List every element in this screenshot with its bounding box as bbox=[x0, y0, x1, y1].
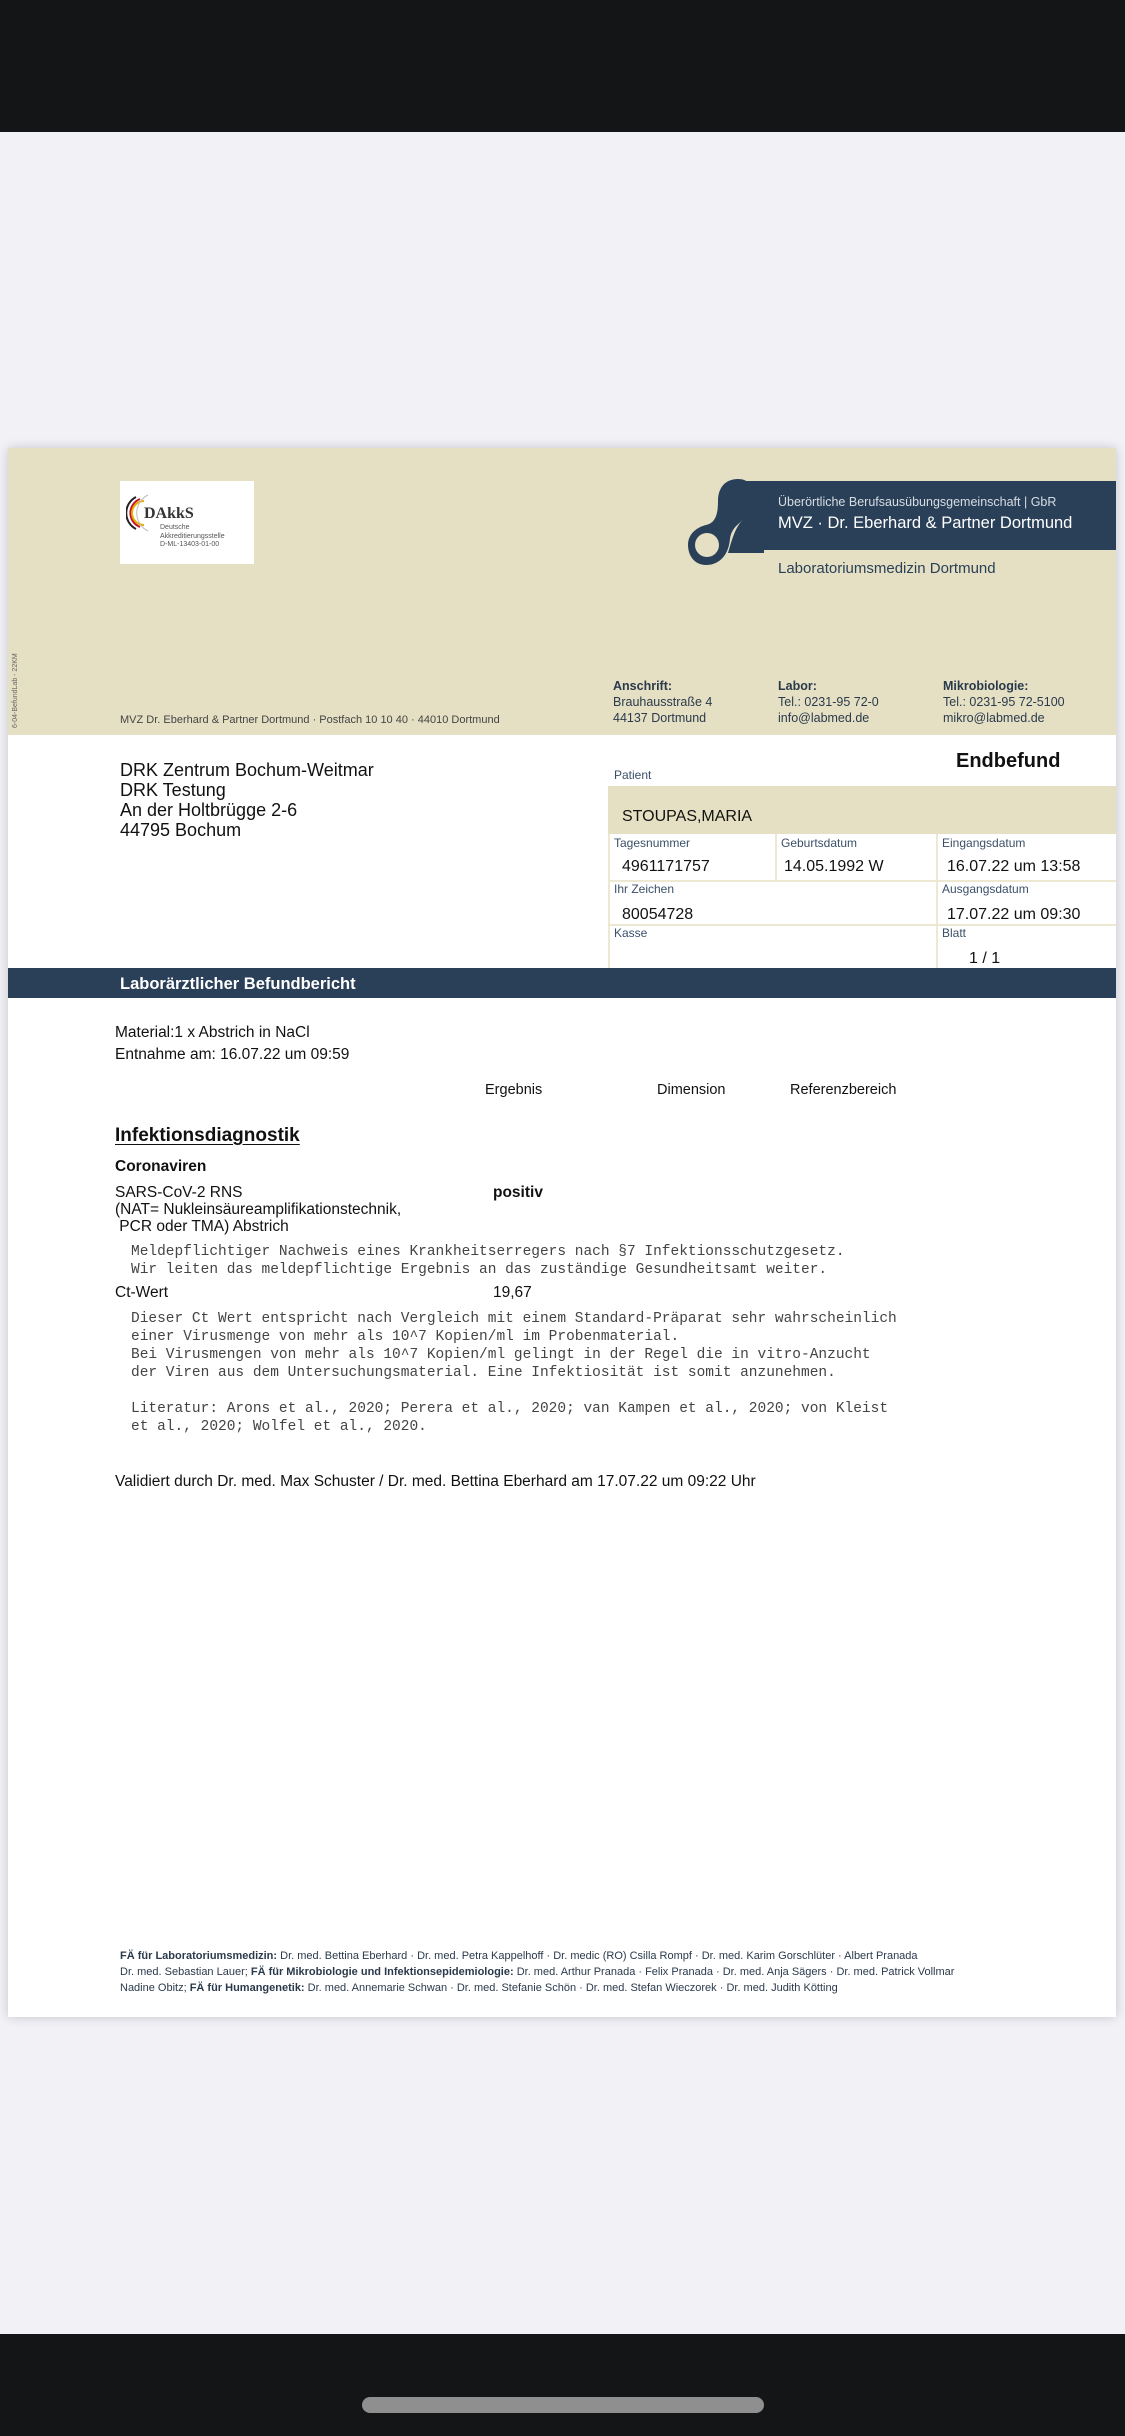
lab-email-link[interactable]: info@labmed.de bbox=[778, 710, 879, 726]
col-referenzbereich: Referenzbereich bbox=[790, 1082, 896, 1098]
form-code: 6-04-BefundLab - 22KM bbox=[12, 628, 19, 728]
dakks-subtitle: Deutsche Akkreditierungsstelle D-ML-1340… bbox=[160, 524, 225, 550]
category-title: Infektionsdiagnostik bbox=[115, 1125, 300, 1147]
tagesnummer-label: Tagesnummer bbox=[614, 836, 690, 850]
material: Material:1 x Abstrich in NaCl bbox=[115, 1022, 349, 1044]
patient-label: Patient bbox=[614, 768, 651, 782]
contact-lab: Labor: Tel.: 0231-95 72-0 info@labmed.de bbox=[778, 678, 879, 726]
sample-info: Material:1 x Abstrich in NaCl Entnahme a… bbox=[115, 1022, 349, 1066]
blatt-value: 1 / 1 bbox=[969, 950, 1000, 968]
home-indicator[interactable] bbox=[362, 2397, 764, 2413]
report-status: Endbefund bbox=[956, 750, 1060, 773]
validation-line: Validiert durch Dr. med. Max Schuster / … bbox=[115, 1473, 756, 1491]
letterhead: DAkkS Deutsche Akkreditierungsstelle D-M… bbox=[8, 448, 1116, 735]
col-ergebnis: Ergebnis bbox=[485, 1082, 542, 1098]
mikro-email-link[interactable]: mikro@labmed.de bbox=[943, 710, 1065, 726]
ausgangsdatum-value: 17.07.22 um 09:30 bbox=[947, 906, 1080, 924]
bottom-bar bbox=[0, 2334, 1125, 2436]
status-bar bbox=[0, 0, 1125, 132]
test-name: SARS-CoV-2 RNS (NAT= Nukleinsäureamplifi… bbox=[115, 1184, 401, 1235]
geburtsdatum-label: Geburtsdatum bbox=[781, 836, 857, 850]
sender-line: MVZ Dr. Eberhard & Partner Dortmund · Po… bbox=[120, 714, 500, 726]
test-note: Meldepflichtiger Nachweis eines Krankhei… bbox=[131, 1243, 845, 1279]
org-subtitle: Überörtliche Berufsausübungsgemeinschaft… bbox=[778, 495, 1056, 509]
eingangsdatum-value: 16.07.22 um 13:58 bbox=[947, 858, 1080, 876]
patient-name: STOUPAS,MARIA bbox=[622, 808, 752, 826]
section-header: Laborärztlicher Befundbericht bbox=[8, 968, 1116, 998]
ct-label: Ct-Wert bbox=[115, 1284, 168, 1302]
contact-microbiology: Mikrobiologie: Tel.: 0231-95 72-5100 mik… bbox=[943, 678, 1065, 726]
org-name: MVZ · Dr. Eberhard & Partner Dortmund bbox=[778, 514, 1072, 533]
col-dimension: Dimension bbox=[657, 1082, 726, 1098]
footer-physicians: FÄ für Laboratoriumsmedizin: Dr. med. Be… bbox=[120, 1948, 954, 1996]
report-page: DAkkS Deutsche Akkreditierungsstelle D-M… bbox=[8, 448, 1116, 2017]
eingangsdatum-label: Eingangsdatum bbox=[942, 836, 1025, 850]
recipient-address: DRK Zentrum Bochum-Weitmar DRK Testung A… bbox=[120, 760, 374, 840]
subcategory-title: Coronaviren bbox=[115, 1158, 206, 1176]
dakks-name: DAkkS bbox=[144, 505, 194, 523]
test-result: positiv bbox=[493, 1184, 543, 1202]
tagesnummer-value: 4961171757 bbox=[622, 858, 710, 876]
ct-value: 19,67 bbox=[493, 1284, 532, 1302]
blatt-label: Blatt bbox=[942, 926, 966, 940]
org-department: Laboratoriumsmedizin Dortmund bbox=[778, 560, 996, 577]
entnahme: Entnahme am: 16.07.22 um 09:59 bbox=[115, 1044, 349, 1066]
ihr-zeichen-label: Ihr Zeichen bbox=[614, 882, 674, 896]
kasse-label: Kasse bbox=[614, 926, 647, 940]
patient-name-row: STOUPAS,MARIA bbox=[608, 786, 1116, 834]
contact-address: Anschrift: Brauhausstraße 4 44137 Dortmu… bbox=[613, 678, 712, 726]
dakks-logo: DAkkS Deutsche Akkreditierungsstelle D-M… bbox=[120, 481, 254, 564]
ihr-zeichen-value: 80054728 bbox=[622, 906, 693, 924]
geburtsdatum-value: 14.05.1992 W bbox=[784, 858, 884, 876]
ct-note: Dieser Ct Wert entspricht nach Vergleich… bbox=[131, 1310, 897, 1436]
ausgangsdatum-label: Ausgangsdatum bbox=[942, 882, 1029, 896]
